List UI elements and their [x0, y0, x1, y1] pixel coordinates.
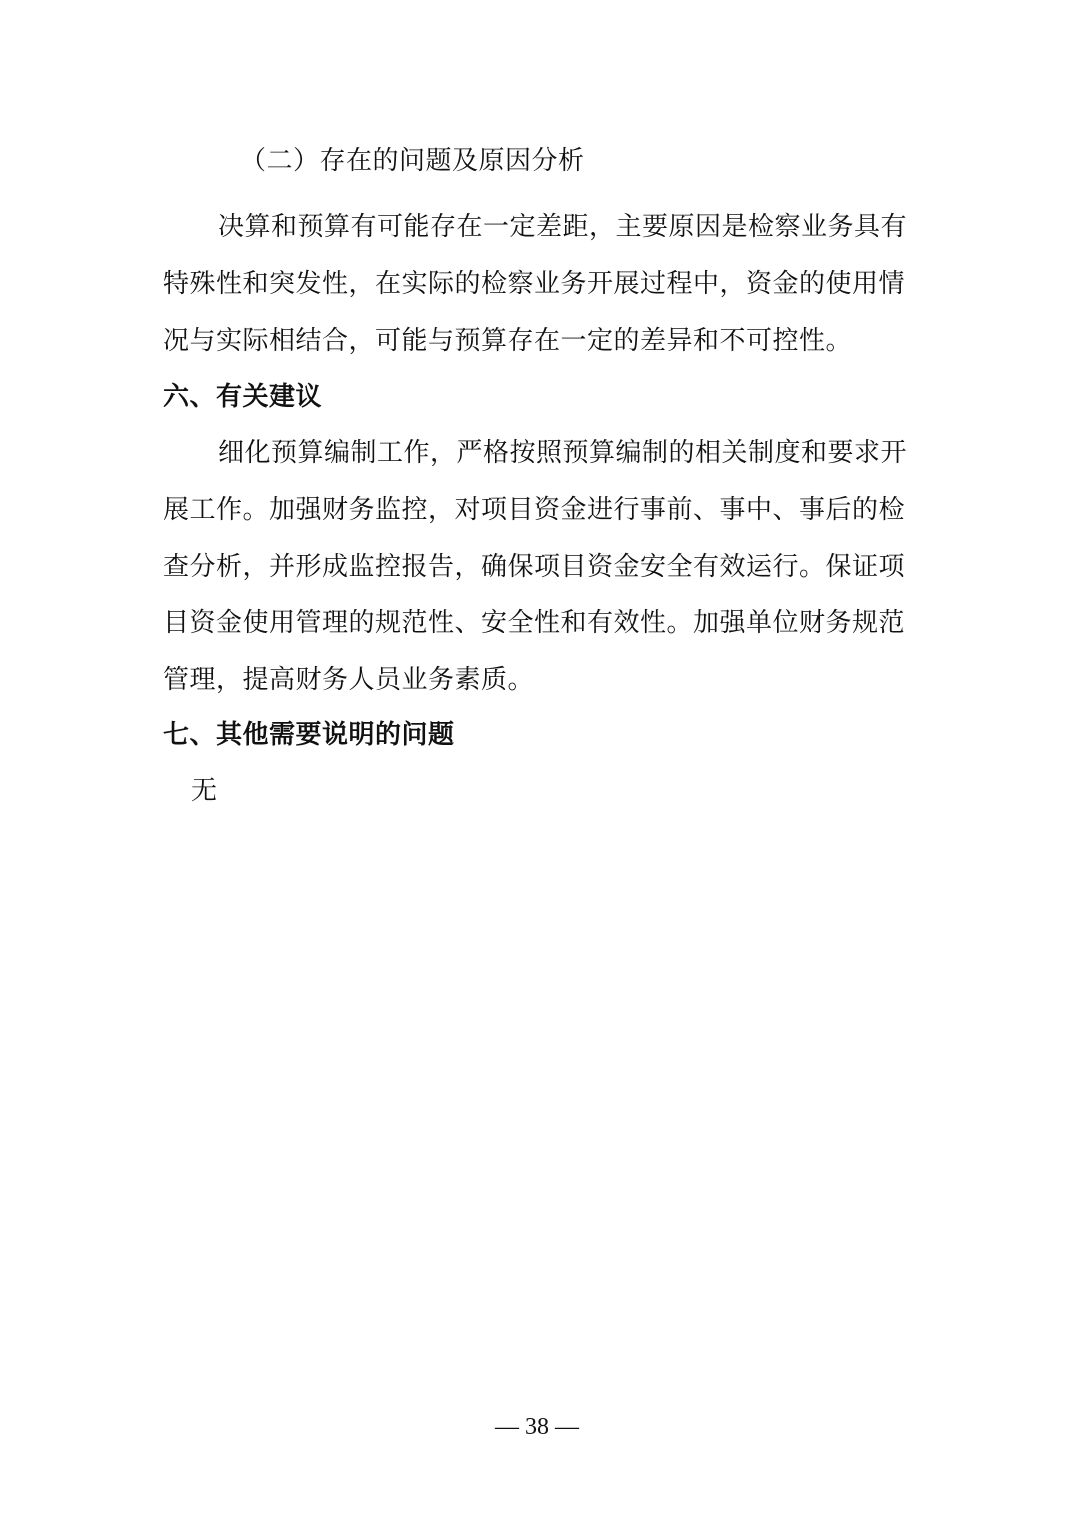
page-number: — 38 —	[0, 1410, 1074, 1444]
section7-body-text: 无	[191, 774, 951, 808]
paragraph-line: 展工作。加强财务监控，对项目资金进行事前、事中、事后的检	[163, 493, 923, 527]
paragraph-line: 目资金使用管理的规范性、安全性和有效性。加强单位财务规范	[163, 606, 923, 640]
subheading-problems-analysis: （二）存在的问题及原因分析	[240, 144, 1000, 178]
section-heading-suggestions: 六、有关建议	[163, 380, 923, 414]
paragraph-line: 查分析，并形成监控报告，确保项目资金安全有效运行。保证项	[163, 550, 923, 584]
paragraph-line: 管理，提高财务人员业务素质。	[163, 663, 923, 697]
paragraph-line: 特殊性和突发性，在实际的检察业务开展过程中，资金的使用情	[163, 267, 923, 301]
paragraph-line: 决算和预算有可能存在一定差距，主要原因是检察业务具有	[218, 210, 978, 244]
paragraph-line: 况与实际相结合，可能与预算存在一定的差异和不可控性。	[163, 324, 923, 358]
section-heading-other-issues: 七、其他需要说明的问题	[163, 718, 923, 752]
paragraph-line: 细化预算编制工作，严格按照预算编制的相关制度和要求开	[218, 436, 978, 470]
